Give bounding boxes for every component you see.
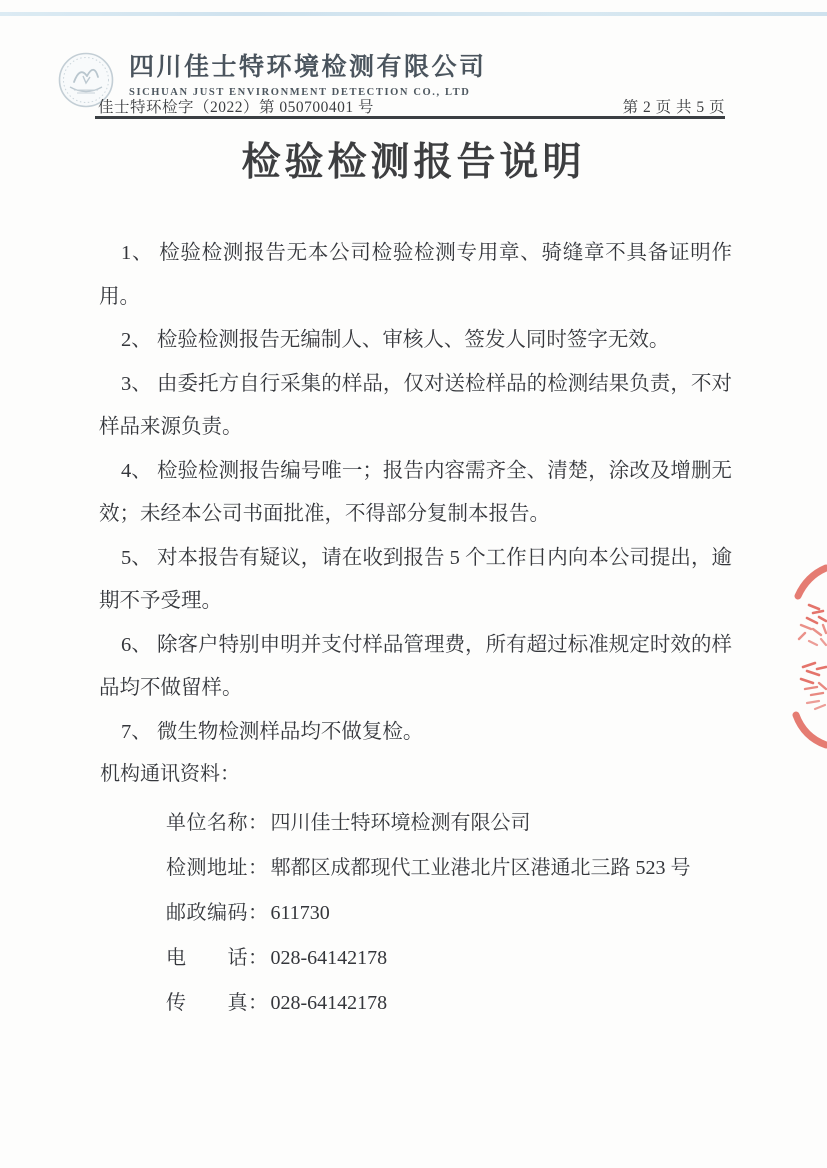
note-item-4: 4、 检验检测报告编号唯一；报告内容需齐全、清楚，涂改及增删无效；未经本公司书面… — [99, 450, 732, 537]
contact-value: 郫都区成都现代工业港北片区港通北三路 523 号 — [271, 857, 691, 879]
note-item-2: 2、 检验检测报告无编制人、审核人、签发人同时签字无效。 — [99, 319, 732, 363]
page-indicator: 第 2 页 共 5 页 — [623, 95, 725, 117]
contact-label: 单位名称： — [166, 812, 269, 834]
contact-value: 四川佳士特环境检测有限公司 — [271, 812, 531, 834]
contact-value: 611730 — [271, 902, 330, 924]
note-item-7: 7、 微生物检测样品均不做复检。 — [99, 711, 732, 755]
company-header: 四川佳士特环境检测有限公司 SICHUAN JUST ENVIRONMENT D… — [129, 53, 487, 98]
contact-label: 检测地址： — [166, 857, 269, 879]
contact-label: 传 真： — [166, 992, 269, 1014]
header-reference-row: 佳士特环检字（2022）第 050700401 号 第 2 页 共 5 页 — [98, 95, 725, 117]
note-item-5: 5、 对本报告有疑议，请在收到报告 5 个工作日内向本公司提出，逾期不予受理。 — [99, 537, 732, 624]
header-divider — [95, 116, 725, 119]
contact-row-address: 检测地址：郫都区成都现代工业港北片区港通北三路 523 号 — [166, 846, 720, 891]
contact-section: 机构通讯资料： 单位名称：四川佳士特环境检测有限公司 检测地址：郫都区成都现代工… — [100, 761, 720, 1026]
red-seal-stamp-fragment-icon — [789, 563, 827, 753]
contact-row-phone: 电 话：028-64142178 — [166, 936, 720, 981]
company-name-cn: 四川佳士特环境检测有限公司 — [129, 53, 487, 83]
contact-value: 028-64142178 — [271, 992, 388, 1014]
scan-edge-artifact — [0, 12, 827, 16]
contact-row-postcode: 邮政编码：611730 — [166, 891, 720, 936]
document-page: 四川佳士特环境检测有限公司 SICHUAN JUST ENVIRONMENT D… — [0, 0, 827, 1168]
report-number: 佳士特环检字（2022）第 050700401 号 — [98, 95, 374, 117]
contact-rows: 单位名称：四川佳士特环境检测有限公司 检测地址：郫都区成都现代工业港北片区港通北… — [166, 801, 720, 1026]
contact-label: 邮政编码： — [166, 902, 269, 924]
contact-row-company: 单位名称：四川佳士特环境检测有限公司 — [166, 801, 720, 846]
page-title: 检验检测报告说明 — [0, 131, 827, 187]
contact-heading: 机构通讯资料： — [100, 761, 720, 787]
contact-row-fax: 传 真：028-64142178 — [166, 981, 720, 1026]
report-notes: 1、 检验检测报告无本公司检验检测专用章、骑缝章不具备证明作用。 2、 检验检测… — [99, 232, 732, 754]
contact-label: 电 话： — [166, 947, 269, 969]
note-item-3: 3、 由委托方自行采集的样品，仅对送检样品的检测结果负责，不对样品来源负责。 — [99, 363, 732, 450]
note-item-1: 1、 检验检测报告无本公司检验检测专用章、骑缝章不具备证明作用。 — [99, 232, 732, 319]
note-item-6: 6、 除客户特别申明并支付样品管理费，所有超过标准规定时效的样品均不做留样。 — [99, 624, 732, 711]
contact-value: 028-64142178 — [271, 947, 388, 969]
